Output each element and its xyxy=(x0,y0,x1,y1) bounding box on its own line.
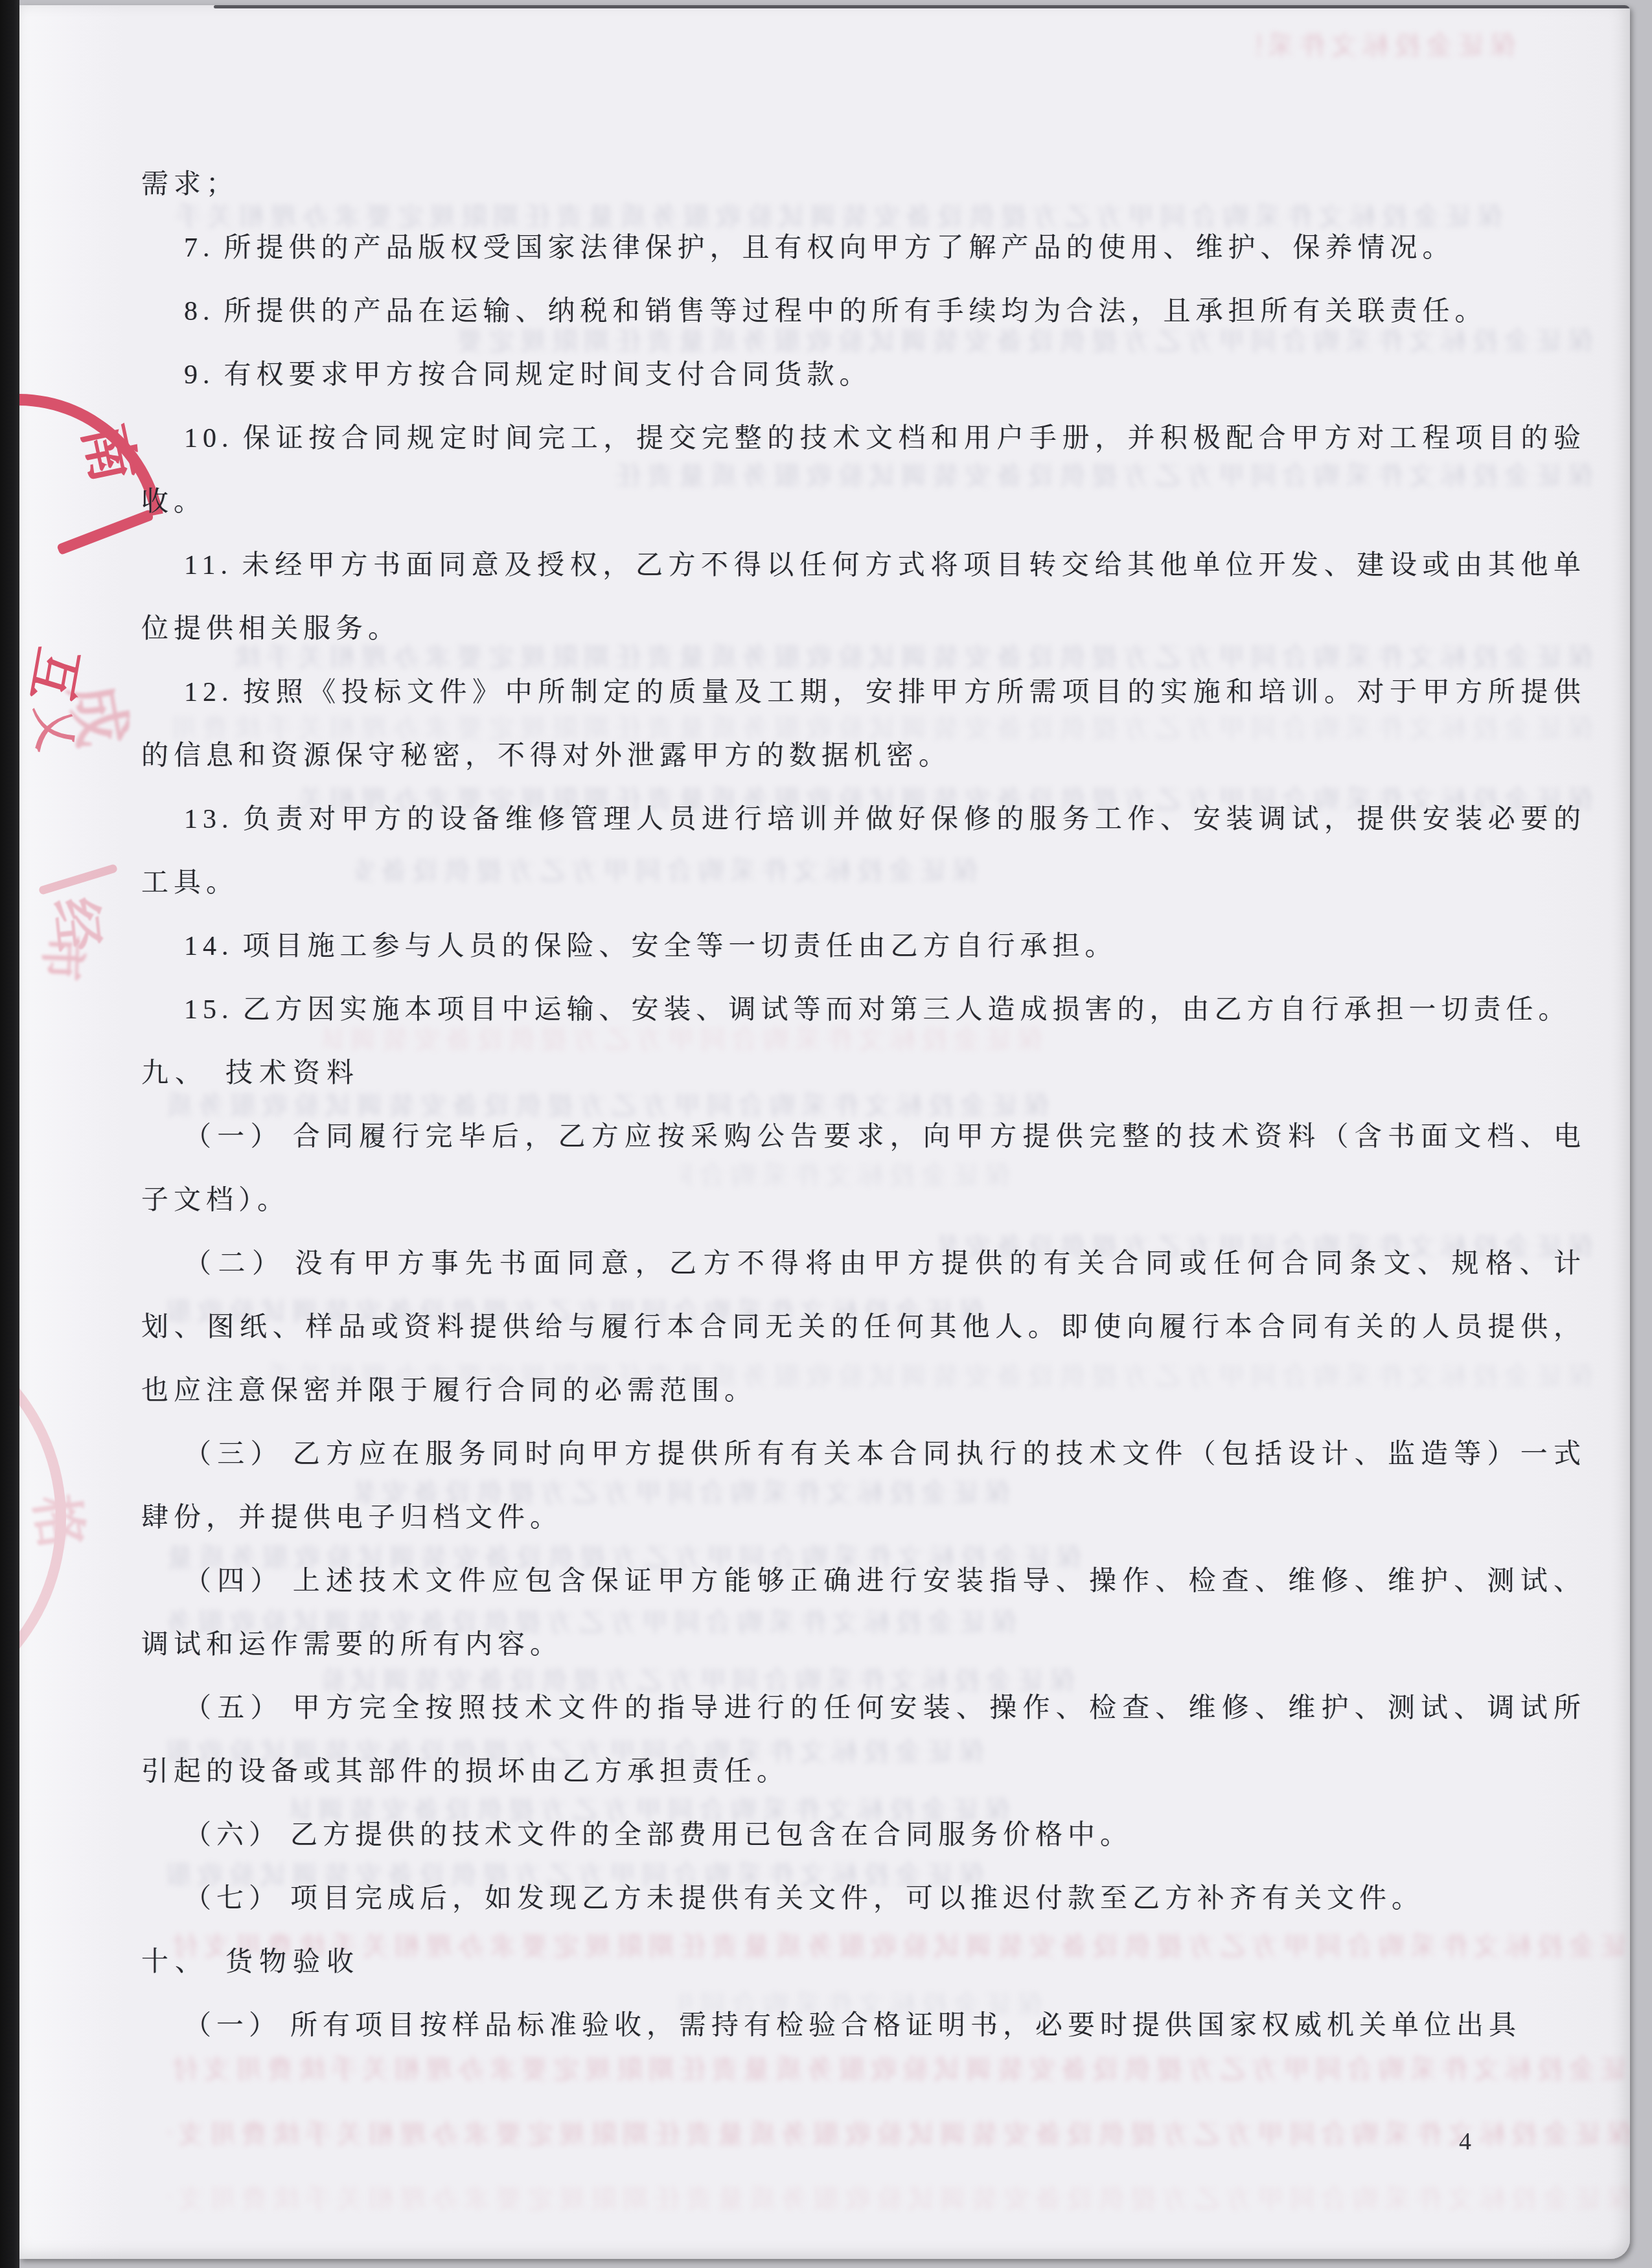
item-text: 所有项目按样品标准验收，需持有检验合格证明书，必要时提供国家权威机关单位出具 xyxy=(290,2011,1521,2041)
item-number: （七） xyxy=(184,1884,281,1914)
bleedthrough-line: 保证金投标文件采购合同甲方乙方提供设备安装调试验收服务质量责任期限规定要求办理相… xyxy=(168,2117,1630,2152)
item-number: （二） xyxy=(184,1249,286,1279)
section9-item-4: （四）上述技术文件应包含保证甲方能够正确进行安装指导、操作、检查、维修、维护、测… xyxy=(141,1550,1586,1677)
bleedthrough-line: 保证金投标文件采购合同甲方乙方提供设备安装调试验收服务质量责任期限规定要求办理相… xyxy=(168,2182,1630,2217)
item-text: 甲方完全按照技术文件的指导进行的任何安装、操作、检查、维修、维护、测试、调试所引… xyxy=(141,1693,1586,1787)
clause-number: 7. xyxy=(184,233,215,263)
clause-text: 乙方因实施本项目中运输、安装、调试等而对第三人造成损害的，由乙方自行承担一切责任… xyxy=(243,995,1571,1025)
bleedthrough-line: 保证金投标文件采购合同甲方乙方提供设备安装调试验收服务质量责任期限规定要求办理相… xyxy=(168,2052,1630,2087)
seal-character: 格 xyxy=(27,1492,88,1553)
clause-text: 保证按合同规定时间完工，提交完整的技术文档和用户手册，并积极配合甲方对工程项目的… xyxy=(141,424,1586,517)
clause-item-10: 10.保证按合同规定时间完工，提交完整的技术文档和用户手册，并积极配合甲方对工程… xyxy=(141,407,1586,534)
section-title: 货物验收 xyxy=(225,1947,360,1977)
clause-item-8: 8.所提供的产品在运输、纳税和销售等过程中的所有手续均为合法，且承担所有关联责任… xyxy=(141,280,1586,343)
item-text: 上述技术文件应包含保证甲方能够正确进行安装指导、操作、检查、维修、维护、测试、调… xyxy=(141,1566,1586,1660)
clause-item-14: 14.项目施工参与人员的保险、安全等一切责任由乙方自行承担。 xyxy=(141,915,1586,978)
clause-text: 项目施工参与人员的保险、安全等一切责任由乙方自行承担。 xyxy=(243,932,1118,961)
seal-stroke xyxy=(48,1568,58,1581)
seal-rim-arc xyxy=(19,1314,66,1723)
section-title: 技术资料 xyxy=(225,1059,360,1088)
seal-stroke xyxy=(56,509,154,555)
seal-character: 乂 xyxy=(29,705,77,753)
section-heading-10: 十、货物验收 xyxy=(141,1930,1586,1994)
clause-number: 8. xyxy=(184,297,215,326)
seal-character: 经 xyxy=(47,895,105,954)
contract-body: 需求； 7.所提供的产品版权受国家法律保护，且有权向甲方了解产品的使用、维护、保… xyxy=(141,153,1586,2057)
section-number: 十、 xyxy=(141,1947,209,1977)
clause-number: 10. xyxy=(184,424,234,453)
clause-item-11: 11.未经甲方书面同意及授权，乙方不得以任何方式将项目转交给其他单位开发、建设或… xyxy=(141,534,1586,661)
clause-item-7: 7.所提供的产品版权受国家法律保护，且有权向甲方了解产品的使用、维护、保养情况。 xyxy=(141,216,1586,280)
clause-number: 9. xyxy=(184,360,215,390)
bleedthrough-line: 保证金投标文件采购合同甲方乙方提供设备安装调试验收服务质量责任期限规定要求办理相… xyxy=(1257,29,1516,63)
item-number: （一） xyxy=(184,2011,281,2041)
clause-item-9: 9.有权要求甲方按合同规定时间支付合同货款。 xyxy=(141,343,1586,407)
item-number: （五） xyxy=(184,1693,284,1723)
seal-stroke xyxy=(38,864,118,895)
section9-item-3: （三）乙方应在服务同时向甲方提供所有有关本合同执行的技术文件（包括设计、监造等）… xyxy=(141,1423,1586,1550)
item-number: （四） xyxy=(184,1566,284,1596)
section10-item-1: （一）所有项目按样品标准验收，需持有检验合格证明书，必要时提供国家权威机关单位出… xyxy=(141,1994,1586,2057)
seal-character: 互 xyxy=(23,643,85,705)
clause-text: 所提供的产品在运输、纳税和销售等过程中的所有手续均为合法，且承担所有关联责任。 xyxy=(224,297,1487,326)
scanner-edge-strip xyxy=(0,0,19,2268)
seal-character: 成 xyxy=(61,679,133,751)
section9-item-7: （七）项目完成后，如发现乙方未提供有关文件，可以推迟付款至乙方补齐有关文件。 xyxy=(141,1867,1586,1930)
page-number: 4 xyxy=(1459,2127,1471,2156)
seal-character: 南 xyxy=(74,420,141,487)
clause-text: 有权要求甲方按合同规定时间支付合同货款。 xyxy=(224,360,872,390)
section9-item-1: （一）合同履行完毕后，乙方应按采购公告要求，向甲方提供完整的技术资料（含书面文档… xyxy=(141,1105,1586,1232)
clause-text: 负责对甲方的设备维修管理人员进行培训并做好保修的服务工作、安装调试，提供安装必要… xyxy=(141,805,1586,898)
clause-number: 11. xyxy=(184,551,233,580)
clause-number: 13. xyxy=(184,805,234,834)
item-number: （一） xyxy=(184,1122,284,1152)
seal-rim-arc xyxy=(19,653,109,828)
item-number: （三） xyxy=(184,1439,284,1469)
clause-text: 按照《投标文件》中所制定的质量及工期，安排甲方所需项目的实施和培训。对于甲方所提… xyxy=(141,678,1586,771)
clause-number: 12. xyxy=(184,678,234,707)
item-text: 乙方应在服务同时向甲方提供所有有关本合同执行的技术文件（包括设计、监造等）一式肆… xyxy=(141,1439,1586,1533)
item-text: 项目完成后，如发现乙方未提供有关文件，可以推迟付款至乙方补齐有关文件。 xyxy=(290,1884,1424,1914)
section9-item-5: （五）甲方完全按照技术文件的指导进行的任何安装、操作、检查、维修、维护、测试、调… xyxy=(141,1677,1586,1804)
seal-rim-arc xyxy=(19,904,105,1067)
paragraph-continuation: 需求； xyxy=(141,153,1586,216)
scan-top-edge-line xyxy=(214,5,1630,8)
clause-number: 14. xyxy=(184,932,234,961)
clause-item-12: 12.按照《投标文件》中所制定的质量及工期，安排甲方所需项目的实施和培训。对于甲… xyxy=(141,661,1586,788)
item-number: （六） xyxy=(184,1820,281,1850)
item-text: 合同履行完毕后，乙方应按采购公告要求，向甲方提供完整的技术资料（含书面文档、电子… xyxy=(141,1122,1586,1215)
scanned-page: 保证金投标文件采购合同甲方乙方提供设备安装调试验收服务质量责任期限规定要求办理相… xyxy=(19,5,1630,2259)
clause-number: 15. xyxy=(184,995,234,1025)
section9-item-6: （六）乙方提供的技术文件的全部费用已包含在合同服务价格中。 xyxy=(141,1804,1586,1867)
item-text: 没有甲方事先书面同意，乙方不得将由甲方提供的有关合同或任何合同条文、规格、计划、… xyxy=(141,1249,1586,1406)
item-text: 乙方提供的技术文件的全部费用已包含在合同服务价格中。 xyxy=(290,1820,1132,1850)
section9-item-2: （二）没有甲方事先书面同意，乙方不得将由甲方提供的有关合同或任何合同条文、规格、… xyxy=(141,1232,1586,1423)
section-heading-9: 九、技术资料 xyxy=(141,1042,1586,1105)
clause-text: 未经甲方书面同意及授权，乙方不得以任何方式将项目转交给其他单位开发、建设或由其他… xyxy=(141,551,1586,644)
clause-item-15: 15.乙方因实施本项目中运输、安装、调试等而对第三人造成损害的，由乙方自行承担一… xyxy=(141,978,1586,1042)
clause-item-13: 13.负责对甲方的设备维修管理人员进行培训并做好保修的服务工作、安装调试，提供安… xyxy=(141,788,1586,915)
clause-text: 所提供的产品版权受国家法律保护，且有权向甲方了解产品的使用、维护、保养情况。 xyxy=(224,233,1455,263)
section-number: 九、 xyxy=(141,1059,209,1088)
seal-character: 市 xyxy=(38,934,86,982)
